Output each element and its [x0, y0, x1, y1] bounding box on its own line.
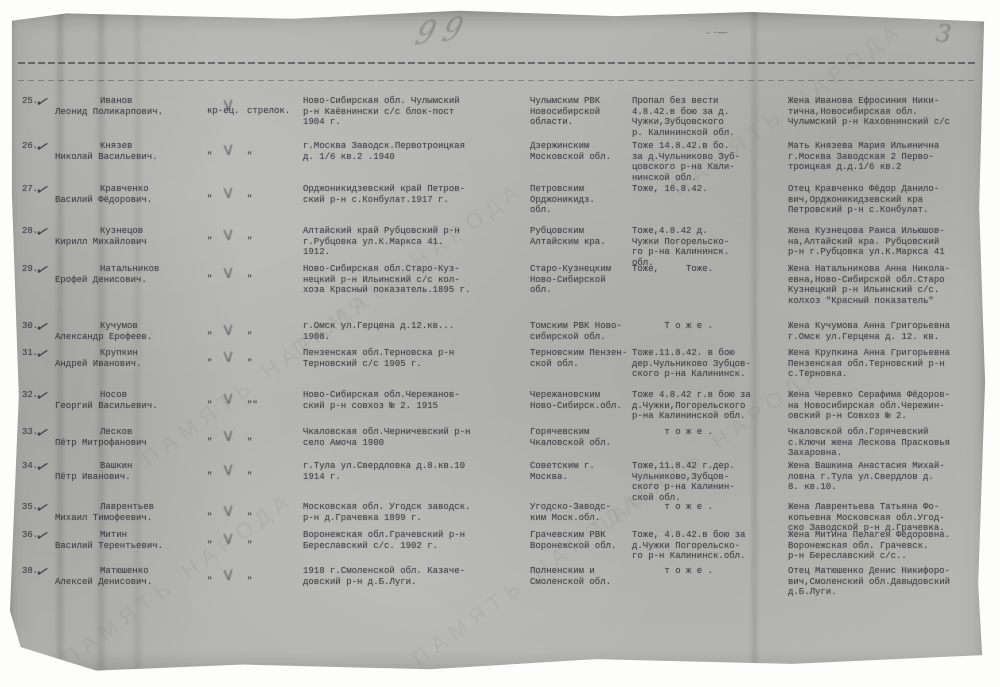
fate-details: Пропал без вести 4.8.42.в бою за д. Чужк…: [632, 96, 782, 138]
checkmark-icon: ✓: [34, 348, 51, 360]
relatives-address: Отец Матюшенко Денис Никифоро- вич,Смоле…: [788, 566, 1000, 598]
checkmark-icon: ✓: [34, 427, 51, 439]
pencil-tick-icon: V: [224, 190, 234, 201]
birthplace-and-year: Ново-Сибирская обл. Чулымский р-н Каёвни…: [303, 96, 531, 128]
pencil-tick-icon: V: [224, 102, 234, 113]
pencil-tick-icon: V: [224, 536, 234, 547]
pencil-tick-icon: V: [224, 232, 234, 243]
specialty: ": [247, 194, 299, 205]
draft-office: Чережановским Ново-Сибирск.обл.: [530, 390, 630, 411]
specialty: ": [247, 236, 299, 247]
checkmark-icon: ✓: [34, 226, 51, 238]
pencil-tick-icon: V: [224, 467, 234, 478]
birthplace-and-year: г.Тула ул.Свердловка д.8.кв.10 1914 г.: [303, 461, 531, 482]
draft-office: Рубцовским Алтайским кра.: [530, 226, 630, 247]
checkmark-icon: ✓: [34, 502, 51, 514]
fate-details: т о ж е .: [632, 427, 782, 438]
specialty: ": [247, 437, 299, 448]
pencil-tick-icon: V: [224, 572, 234, 583]
specialty: "": [247, 400, 299, 411]
draft-office: Старо-Кузнецким Ново-Сибирской обл.: [530, 264, 630, 296]
checkmark-icon: ✓: [34, 461, 51, 473]
checkmark-icon: ✓: [34, 321, 51, 333]
specialty: ": [247, 471, 299, 482]
fate-details: Тоже, Тоже.: [632, 264, 782, 275]
specialty: ": [247, 331, 299, 342]
specialty: стрелок.: [247, 106, 299, 117]
draft-office: Чулымским РВК Новосибирской области.: [530, 96, 630, 128]
relatives-address: Отец Кравченко Фёдор Данило- вич,Орджони…: [788, 184, 1000, 216]
draft-office: Горячевским Чкаловской обл.: [530, 427, 630, 448]
fate-details: Тоже,11.8.42 г.дер. Чульниково,Зубцов- с…: [632, 461, 782, 503]
typed-divider-line: [18, 80, 976, 81]
pencil-tick-icon: V: [224, 396, 234, 407]
relatives-address: Жена Черевко Серафима Фёдоров- на Новоси…: [788, 390, 1000, 422]
pencil-tick-icon: V: [224, 433, 234, 444]
fate-details: Тоже,4.8.42 д. Чужки Погорельско- го р-н…: [632, 226, 782, 268]
relatives-address: Жена Натальникова Анна Никола- евна,Ново…: [788, 264, 1000, 306]
birthplace-and-year: г.Москва Заводск.Первотроицкая д. 1/6 кв…: [303, 141, 531, 162]
fate-details: Тоже.11.8.42. в бою дер.Чульниково Зубцо…: [632, 348, 782, 380]
birthplace-and-year: Ново-Сибирская обл.Старо-Куз- нецкий р-н…: [303, 264, 531, 296]
pencil-dashes: - ·—: [706, 26, 728, 39]
specialty: ": [247, 540, 299, 551]
pencil-tick-icon: V: [224, 270, 234, 281]
specialty: ": [247, 151, 299, 162]
scanned-document: ПАМЯТЬ НАРОДА ПАМЯТЬ НАРОДА ПАМЯТЬ НАРОД…: [0, 0, 1000, 687]
relatives-address: Жена Кучумова Анна Григорьевна г.Омск ул…: [788, 321, 1000, 342]
relatives-address: Жена Митина Пелагея Фёдоровна. Воронежск…: [788, 530, 1000, 562]
draft-office: Советским г. Москва.: [530, 461, 630, 482]
draft-office: Томским РВК Ново- сибирской обл.: [530, 321, 630, 342]
birthplace-and-year: Воронежская обл.Грачевский р-н Береславс…: [303, 530, 531, 551]
birthplace-and-year: Московская обл. Угодск заводск. р-н д.Гр…: [303, 502, 531, 523]
draft-office: Терновским Пензен- ской обл.: [530, 348, 630, 369]
draft-office: Полненским и Смоленской обл.: [530, 566, 630, 587]
checkmark-icon: ✓: [34, 141, 51, 153]
birthplace-and-year: Пензенская обл.Терновска р-н Терновский …: [303, 348, 531, 369]
checkmark-icon: ✓: [34, 390, 51, 402]
relatives-address: Жена Крупкина Анна Григорьевна Пензенска…: [788, 348, 1000, 380]
birthplace-and-year: Алтайский край Рубцовский р-н г.Рубцовка…: [303, 226, 531, 258]
birthplace-and-year: Орджоникидзевский край Петров- ский р-н …: [303, 184, 531, 205]
pencil-scribble: 99: [411, 10, 475, 53]
checkmark-icon: ✓: [34, 96, 51, 108]
fate-details: Тоже, 4.8.42.в бою за д.Чужки Погорельск…: [632, 530, 782, 562]
birthplace-and-year: Ново-Сибирская обл.Чережанов- ский р-н с…: [303, 390, 531, 411]
specialty: ": [247, 512, 299, 523]
birthplace-and-year: 1918 г.Смоленской обл. Казаче- довский р…: [303, 566, 531, 587]
draft-office: Грачевским РВК Воронежской обл.: [530, 530, 630, 551]
pencil-tick-icon: V: [224, 327, 234, 338]
fate-details: т о ж е .: [632, 566, 782, 577]
checkmark-icon: ✓: [34, 184, 51, 196]
pencil-tick-icon: V: [224, 508, 234, 519]
specialty: ": [247, 274, 299, 285]
specialty: ": [247, 358, 299, 369]
fate-details: Т о ж е .: [632, 321, 782, 332]
relatives-address: Мать Князева Мария Ильинична г.Москва За…: [788, 141, 1000, 173]
pencil-tick-icon: V: [224, 147, 234, 158]
relatives-address: Жена Иванова Ефросиния Ники- тична,Новос…: [788, 96, 1000, 128]
birthplace-and-year: г.Омск ул.Герцена д.12.кв... 1908.: [303, 321, 531, 342]
page-number: 3: [935, 19, 953, 48]
relatives-address: Чкаловской обл.Горячевский с.Ключи жена …: [788, 427, 1000, 459]
document-page: ПАМЯТЬ НАРОДА ПАМЯТЬ НАРОДА ПАМЯТЬ НАРОД…: [8, 6, 988, 678]
fate-details: Тоже 14.8.42.в бо. за д.Чульниково Зуб- …: [632, 141, 782, 183]
draft-office: Дзержинским Московской обл.: [530, 141, 630, 162]
specialty: ": [247, 576, 299, 587]
birthplace-and-year: Чкаловская обл.Черничевский р-н село Амо…: [303, 427, 531, 448]
draft-office: Петровским Орджоникидз. обл.: [530, 184, 630, 216]
relatives-address: Жена Лаврентьева Татьяна Фо- копьевна Мо…: [788, 502, 1000, 534]
checkmark-icon: ✓: [34, 264, 51, 276]
checkmark-icon: ✓: [34, 566, 51, 578]
pencil-tick-icon: V: [224, 354, 234, 365]
fate-details: Тоже, 16.8.42.: [632, 184, 782, 195]
fate-details: Тоже 4.8.42 г.в бою за д.Чужки,Погорельс…: [632, 390, 782, 422]
relatives-address: Жена Вашкина Анастасия Михай- ловна г.Ту…: [788, 461, 1000, 493]
relatives-address: Жена Кузнецова Раиса Ильюшов- на,Алтайск…: [788, 226, 1000, 258]
typed-divider-line: [18, 62, 976, 64]
draft-office: Угодско-Заводс- ким Моск.обл.: [530, 502, 630, 523]
fate-details: т о ж е .: [632, 502, 782, 513]
checkmark-icon: ✓: [34, 530, 51, 542]
